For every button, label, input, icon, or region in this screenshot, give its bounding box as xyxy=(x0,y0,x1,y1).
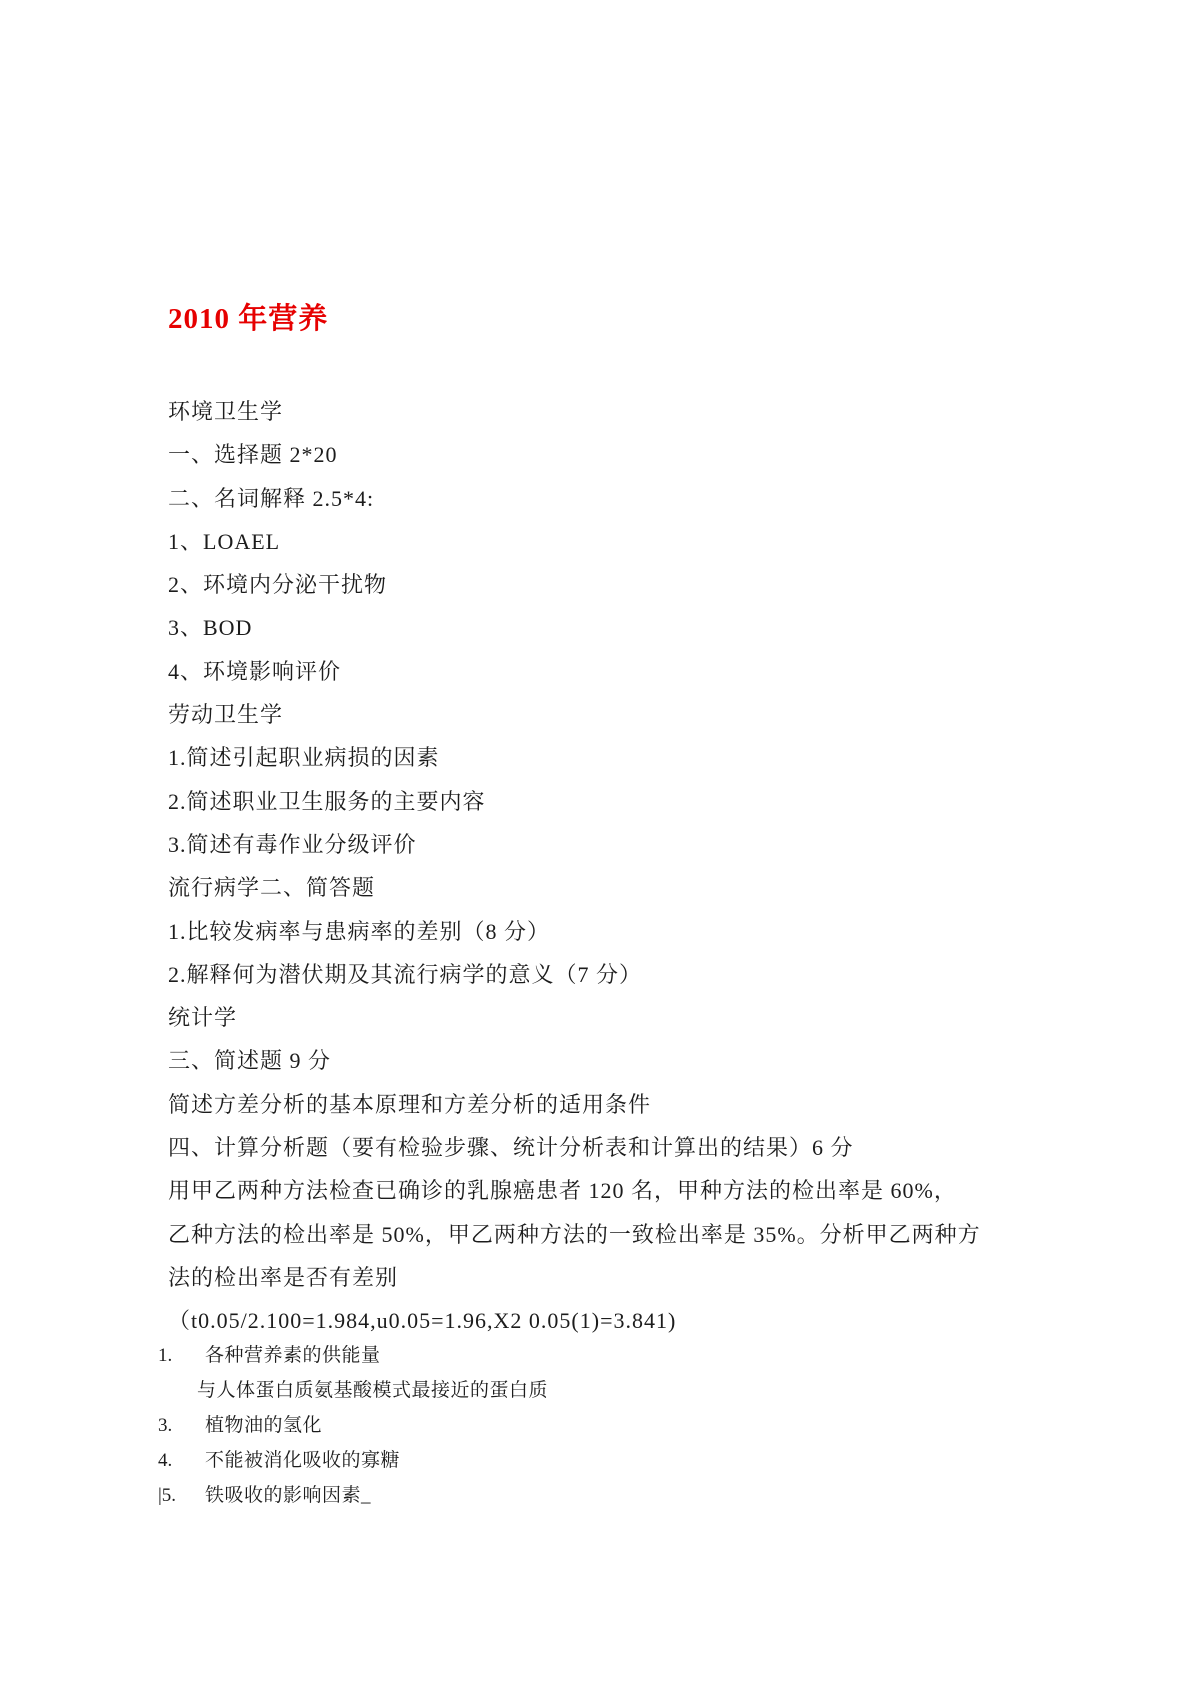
body-line: 法的检出率是否有差别 xyxy=(168,1256,1048,1299)
body-line: 三、简述题 9 分 xyxy=(168,1039,1048,1082)
body-line: 4、环境影响评价 xyxy=(168,650,1048,693)
body-line: （t0.05/2.100=1.984,u0.05=1.96,X2 0.05(1)… xyxy=(168,1299,1048,1342)
list-item-text: 与人体蛋白质氨基酸模式最接近的蛋白质 xyxy=(197,1373,548,1408)
document-title: 2010 年营养 xyxy=(168,296,328,337)
list-item: 与人体蛋白质氨基酸模式最接近的蛋白质 xyxy=(158,1373,1058,1408)
body-line: 1.比较发病率与患病率的差别（8 分） xyxy=(168,910,1048,953)
body-line: 2.简述职业卫生服务的主要内容 xyxy=(168,780,1048,823)
body-line: 一、选择题 2*20 xyxy=(168,433,1048,476)
body-line: 2.解释何为潜伏期及其流行病学的意义（7 分） xyxy=(168,953,1048,996)
list-item-text: 植物油的氢化 xyxy=(205,1408,322,1443)
body-line: 简述方差分析的基本原理和方差分析的适用条件 xyxy=(168,1083,1048,1126)
list-item-number: 3. xyxy=(158,1408,205,1443)
list-item-text: 各种营养素的供能量 xyxy=(205,1338,381,1373)
body-line: 用甲乙两种方法检查已确诊的乳腺癌患者 120 名，甲种方法的检出率是 60%， xyxy=(168,1169,1048,1212)
body-line: 二、名词解释 2.5*4: xyxy=(168,477,1048,520)
document-page: 2010 年营养 环境卫生学 一、选择题 2*20 二、名词解释 2.5*4: … xyxy=(0,0,1190,1683)
list-item-number: 1. xyxy=(158,1338,205,1373)
body-line: 流行病学二、简答题 xyxy=(168,866,1048,909)
body-line: 3.简述有毒作业分级评价 xyxy=(168,823,1048,866)
body-line: 劳动卫生学 xyxy=(168,693,1048,736)
body-line: 环境卫生学 xyxy=(168,390,1048,433)
body-line: 3、BOD xyxy=(168,606,1048,649)
body-line: 四、计算分析题（要有检验步骤、统计分析表和计算出的结果）6 分 xyxy=(168,1126,1048,1169)
list-item-text: 不能被消化吸收的寡糖 xyxy=(205,1443,400,1478)
document-body: 环境卫生学 一、选择题 2*20 二、名词解释 2.5*4: 1、LOAEL 2… xyxy=(168,390,1048,1343)
list-item: 4. 不能被消化吸收的寡糖 xyxy=(158,1443,1058,1478)
body-line: 1、LOAEL xyxy=(168,520,1048,563)
list-item: |5. 铁吸收的影响因素_ xyxy=(158,1478,1058,1513)
body-line: 乙种方法的检出率是 50%，甲乙两种方法的一致检出率是 35%。分析甲乙两种方 xyxy=(168,1213,1048,1256)
list-item: 3. 植物油的氢化 xyxy=(158,1408,1058,1443)
list-item-number: 4. xyxy=(158,1443,205,1478)
body-line: 统计学 xyxy=(168,996,1048,1039)
list-item: 1. 各种营养素的供能量 xyxy=(158,1338,1058,1373)
list-item-number: |5. xyxy=(158,1478,205,1513)
body-line: 1.简述引起职业病损的因素 xyxy=(168,736,1048,779)
list-item-text: 铁吸收的影响因素_ xyxy=(205,1478,371,1513)
body-line: 2、环境内分泌干扰物 xyxy=(168,563,1048,606)
numbered-list: 1. 各种营养素的供能量 与人体蛋白质氨基酸模式最接近的蛋白质 3. 植物油的氢… xyxy=(158,1338,1058,1513)
